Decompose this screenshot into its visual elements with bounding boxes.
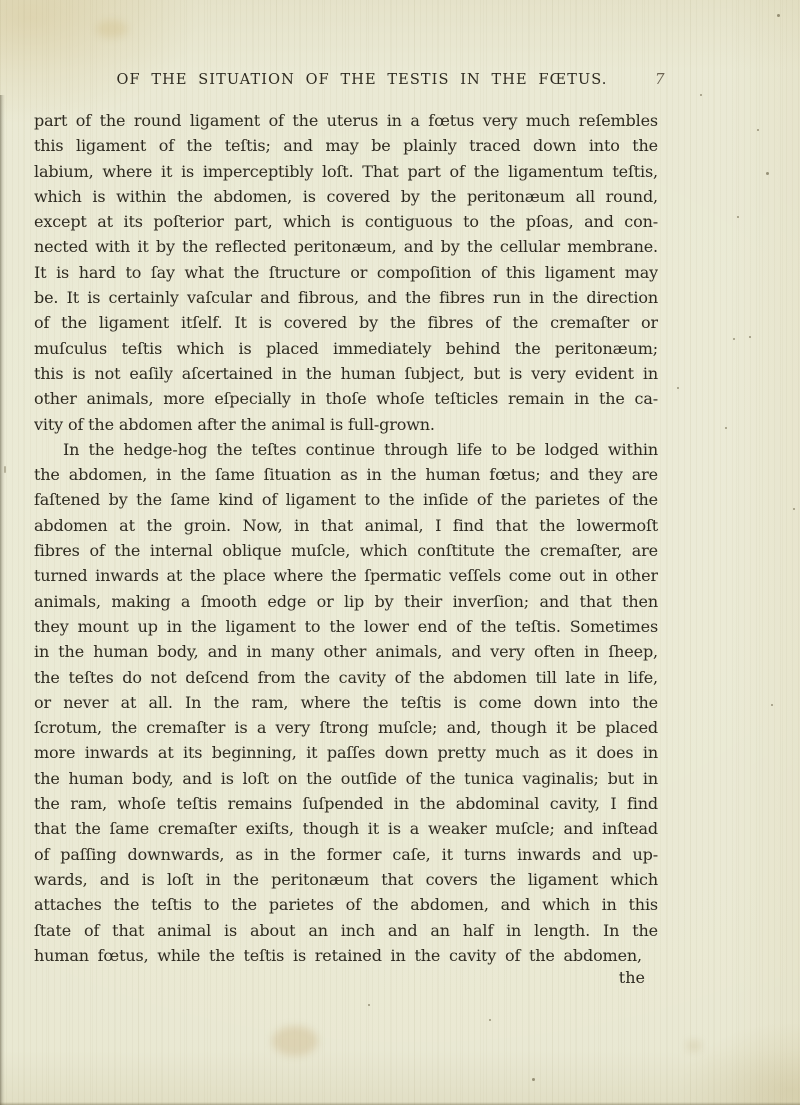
text-line: the ram, whoſe teſtis remains ſuſpended … xyxy=(34,791,658,816)
text-line: human fœtus, while the teſtis is retaine… xyxy=(34,943,642,968)
paper-speck xyxy=(489,1019,491,1021)
text-line: turned inwards at the place where the ſp… xyxy=(34,563,658,588)
text-line: attaches the teſtis to the parietes of t… xyxy=(34,892,658,917)
text-line: of the ligament itſelf. It is covered by… xyxy=(34,310,658,335)
text-line: which is within the abdomen, is covered … xyxy=(34,184,658,209)
text-line: except at its poſterior part, which is c… xyxy=(34,209,658,234)
text-line: In the hedge-hog the teſtes continue thr… xyxy=(34,437,658,462)
text-line: they mount up in the ligament to the low… xyxy=(34,614,658,639)
text-line: more inwards at its beginning, it paſſes… xyxy=(34,740,658,765)
paper-speck xyxy=(725,427,727,429)
page-title: OF THE SITUATION OF THE TESTIS IN THE FŒ… xyxy=(116,72,607,88)
text-block: part of the round ligament of the uterus… xyxy=(34,108,658,968)
text-line: vity of the abdomen after the animal is … xyxy=(34,412,658,437)
text-line: fibres of the internal oblique muſcle, w… xyxy=(34,538,658,563)
paper-speck xyxy=(4,466,6,473)
text-line: this is not eaſily aſcertained in the hu… xyxy=(34,361,658,386)
text-line: muſculus teſtis which is placed immediat… xyxy=(34,336,658,361)
text-line: part of the round ligament of the uterus… xyxy=(34,108,658,133)
text-line: or never at all. In the ram, where the t… xyxy=(34,690,658,715)
catchword: the xyxy=(619,968,645,987)
text-line: other animals, more eſpecially in thoſe … xyxy=(34,386,658,411)
text-line: of paſſing downwards, as in the former c… xyxy=(34,842,658,867)
text-line: the abdomen, in the ſame ſituation as in… xyxy=(34,462,658,487)
text-line: wards, and is loſt in the peritonæum tha… xyxy=(34,867,658,892)
page-number: 7 xyxy=(655,70,665,88)
text-line: that the ſame cremaſter exiſts, though i… xyxy=(34,816,658,841)
paper-speck xyxy=(737,216,739,218)
text-line: abdomen at the groin. Now, in that anima… xyxy=(34,513,658,538)
text-line: faſtened by the ſame kind of ligament to… xyxy=(34,487,658,512)
text-line: the human body, and is loſt on the outſi… xyxy=(34,766,658,791)
paper-speck xyxy=(677,387,679,389)
paper-speck xyxy=(793,508,795,510)
page-edge-shadow xyxy=(0,95,5,1105)
paper-speck xyxy=(757,129,759,131)
paper-speck xyxy=(733,338,735,340)
text-line: nected with it by the reflected peritonæ… xyxy=(34,234,658,259)
text-line: ſcrotum, the cremaſter is a very ſtrong … xyxy=(34,715,658,740)
book-page: OF THE SITUATION OF THE TESTIS IN THE FŒ… xyxy=(0,0,800,1105)
paper-speck xyxy=(777,14,780,17)
text-line: It is hard to ſay what the ſtructure or … xyxy=(34,260,658,285)
running-header: OF THE SITUATION OF THE TESTIS IN THE FŒ… xyxy=(50,72,674,88)
paper-speck xyxy=(700,94,702,96)
text-line: be. It is certainly vaſcular and fibrous… xyxy=(34,285,658,310)
text-line: in the human body, and in many other ani… xyxy=(34,639,658,664)
text-line: the teſtes do not deſcend from the cavit… xyxy=(34,665,658,690)
paper-stain xyxy=(96,20,128,38)
paper-stain xyxy=(272,1026,318,1056)
paper-speck xyxy=(532,1078,535,1081)
paper-speck xyxy=(771,704,773,706)
text-line: animals, making a ſmooth edge or lip by … xyxy=(34,589,658,614)
text-line: labium, where it is imperceptibly loſt. … xyxy=(34,159,658,184)
text-line: ſtate of that animal is about an inch an… xyxy=(34,918,658,943)
paper-speck xyxy=(368,1004,370,1006)
paper-speck xyxy=(766,172,769,175)
paper-speck xyxy=(749,336,751,338)
text-line: this ligament of the teſtis; and may be … xyxy=(34,133,658,158)
paper-stain xyxy=(686,1040,702,1052)
